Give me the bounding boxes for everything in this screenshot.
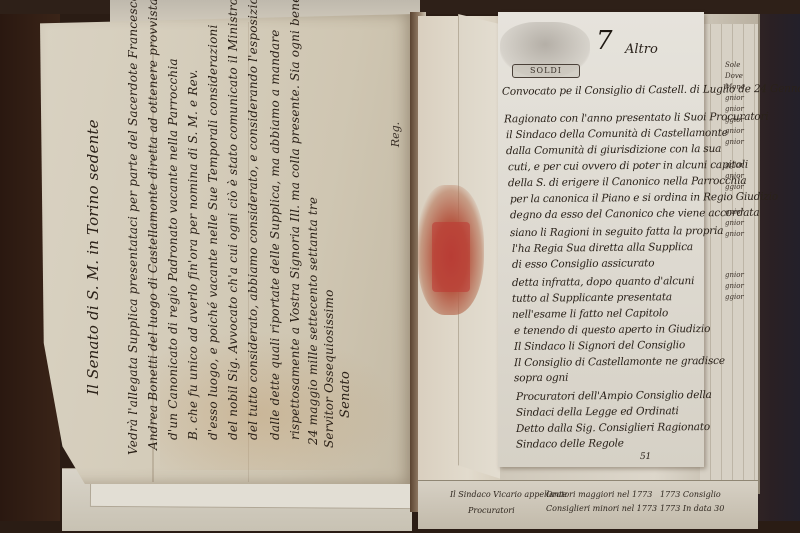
margin-note: Mone bbox=[725, 82, 751, 93]
letter-line: Vedrà l'allegata Supplica presentataci p… bbox=[126, 0, 140, 455]
manuscript-line: di esso Consiglio assicurato bbox=[512, 257, 654, 270]
bottom-note: 1773 Consiglio bbox=[660, 490, 721, 499]
folio-number: 7 bbox=[596, 26, 613, 56]
margin-note: gnior bbox=[725, 137, 751, 148]
manuscript-line: Il Consiglio di Castellamonte ne gradisc… bbox=[514, 355, 725, 369]
manuscript-line: della S. di erigere il Canonico nella Pa… bbox=[508, 175, 747, 189]
margin-note: gnior bbox=[725, 207, 751, 218]
margin-notes-column: Sole Dove Mone gnior gnior ggior gnior g… bbox=[725, 60, 751, 303]
manuscript-line: nell'esame li fatto nel Capitolo bbox=[512, 307, 668, 321]
letter-closing: Servitor Ossequiosissimo bbox=[322, 289, 336, 448]
letter-line: d'un Canonicato di regio Padronato vacan… bbox=[166, 58, 180, 440]
margin-note: Dove bbox=[725, 71, 751, 82]
bottom-note: Oratori maggiori nel 1773 bbox=[546, 490, 652, 499]
margin-note: gnior bbox=[725, 218, 751, 229]
margin-note: ggior bbox=[725, 115, 751, 126]
page-header: Altro bbox=[625, 42, 658, 57]
manuscript-line: e tenendo di questo aperto in Giudizio bbox=[514, 323, 710, 337]
letter-line: Andrea Bonetti del luogo di Castellamont… bbox=[146, 0, 160, 450]
manuscript-line: Procuratori dell'Ampio Consiglio della bbox=[516, 389, 712, 403]
letter-date-line: 24 maggio mille settecento settanta tre bbox=[306, 197, 320, 445]
manuscript-line: Sindaco delle Regole bbox=[516, 437, 624, 450]
manuscript-line: dalla Comunità di giurisdizione con la s… bbox=[506, 143, 721, 157]
margin-note: gnior bbox=[725, 281, 751, 292]
manuscript-line: Il Sindaco li Signori del Consiglio bbox=[514, 339, 685, 353]
manuscript-line: cuti, e per cui ovvero di poter in alcun… bbox=[508, 159, 748, 174]
manuscript-line: l'ha Regia Sua diretta alla Supplica bbox=[512, 241, 693, 255]
margin-note: gnior bbox=[725, 171, 751, 182]
margin-note: ggior bbox=[725, 182, 751, 193]
manuscript-line: sopra ogni bbox=[514, 372, 568, 385]
margin-note: ggior bbox=[725, 160, 751, 171]
letter-line: dalle dette quali riportate delle Suppli… bbox=[268, 29, 282, 440]
margin-mark: Reg. bbox=[389, 122, 402, 147]
margin-note: gnior bbox=[725, 104, 751, 115]
letter-line: d'esso luogo, e poiché vacante nelle Sue… bbox=[206, 25, 220, 441]
letter-line: del nobil Sig. Avvocato ch'a cui ogni ci… bbox=[226, 0, 240, 440]
letter-line: del tutto considerato, abbiamo considera… bbox=[246, 0, 260, 440]
margin-note: gnior bbox=[725, 93, 751, 104]
manuscript-line: detta infratta, dopo quanto d'alcuni bbox=[512, 275, 694, 289]
manuscript-line: il Sindaco della Comunità di Castellamon… bbox=[506, 127, 728, 141]
manuscript-line: Sindaci della Legge ed Ordinati bbox=[516, 405, 679, 419]
page-mark: 51 bbox=[640, 452, 651, 462]
letter-line: B. che fu unico ad averlo fin'ora per no… bbox=[186, 70, 200, 440]
manuscript-line: Detto dalla Sig. Consiglieri Ragionato bbox=[516, 421, 710, 435]
margin-note: gnior bbox=[725, 270, 751, 281]
margin-note: ggior bbox=[725, 292, 751, 303]
red-wax-seal-imprint bbox=[432, 222, 470, 292]
bottom-note: Consiglieri minori nel 1773 bbox=[546, 504, 657, 513]
manuscript-line: tutto al Supplicante presentata bbox=[512, 291, 672, 305]
margin-note: gnior bbox=[725, 229, 751, 240]
letter-address: Il Senato di S. M. in Torino sedente bbox=[84, 119, 102, 395]
bottom-note: Procuratori bbox=[468, 506, 515, 515]
stamp-band: SOLDI bbox=[512, 64, 580, 78]
signature: Senato bbox=[338, 371, 353, 418]
bottom-note: 1773 In data 30 bbox=[660, 504, 724, 513]
margin-note: gnior bbox=[725, 126, 751, 137]
manuscript-line: siano li Ragioni in seguito fatta la pro… bbox=[510, 225, 723, 239]
letter-line: rispettosamente a Vostra Signoria Ill. m… bbox=[288, 0, 302, 440]
margin-note: Sole bbox=[725, 60, 751, 71]
